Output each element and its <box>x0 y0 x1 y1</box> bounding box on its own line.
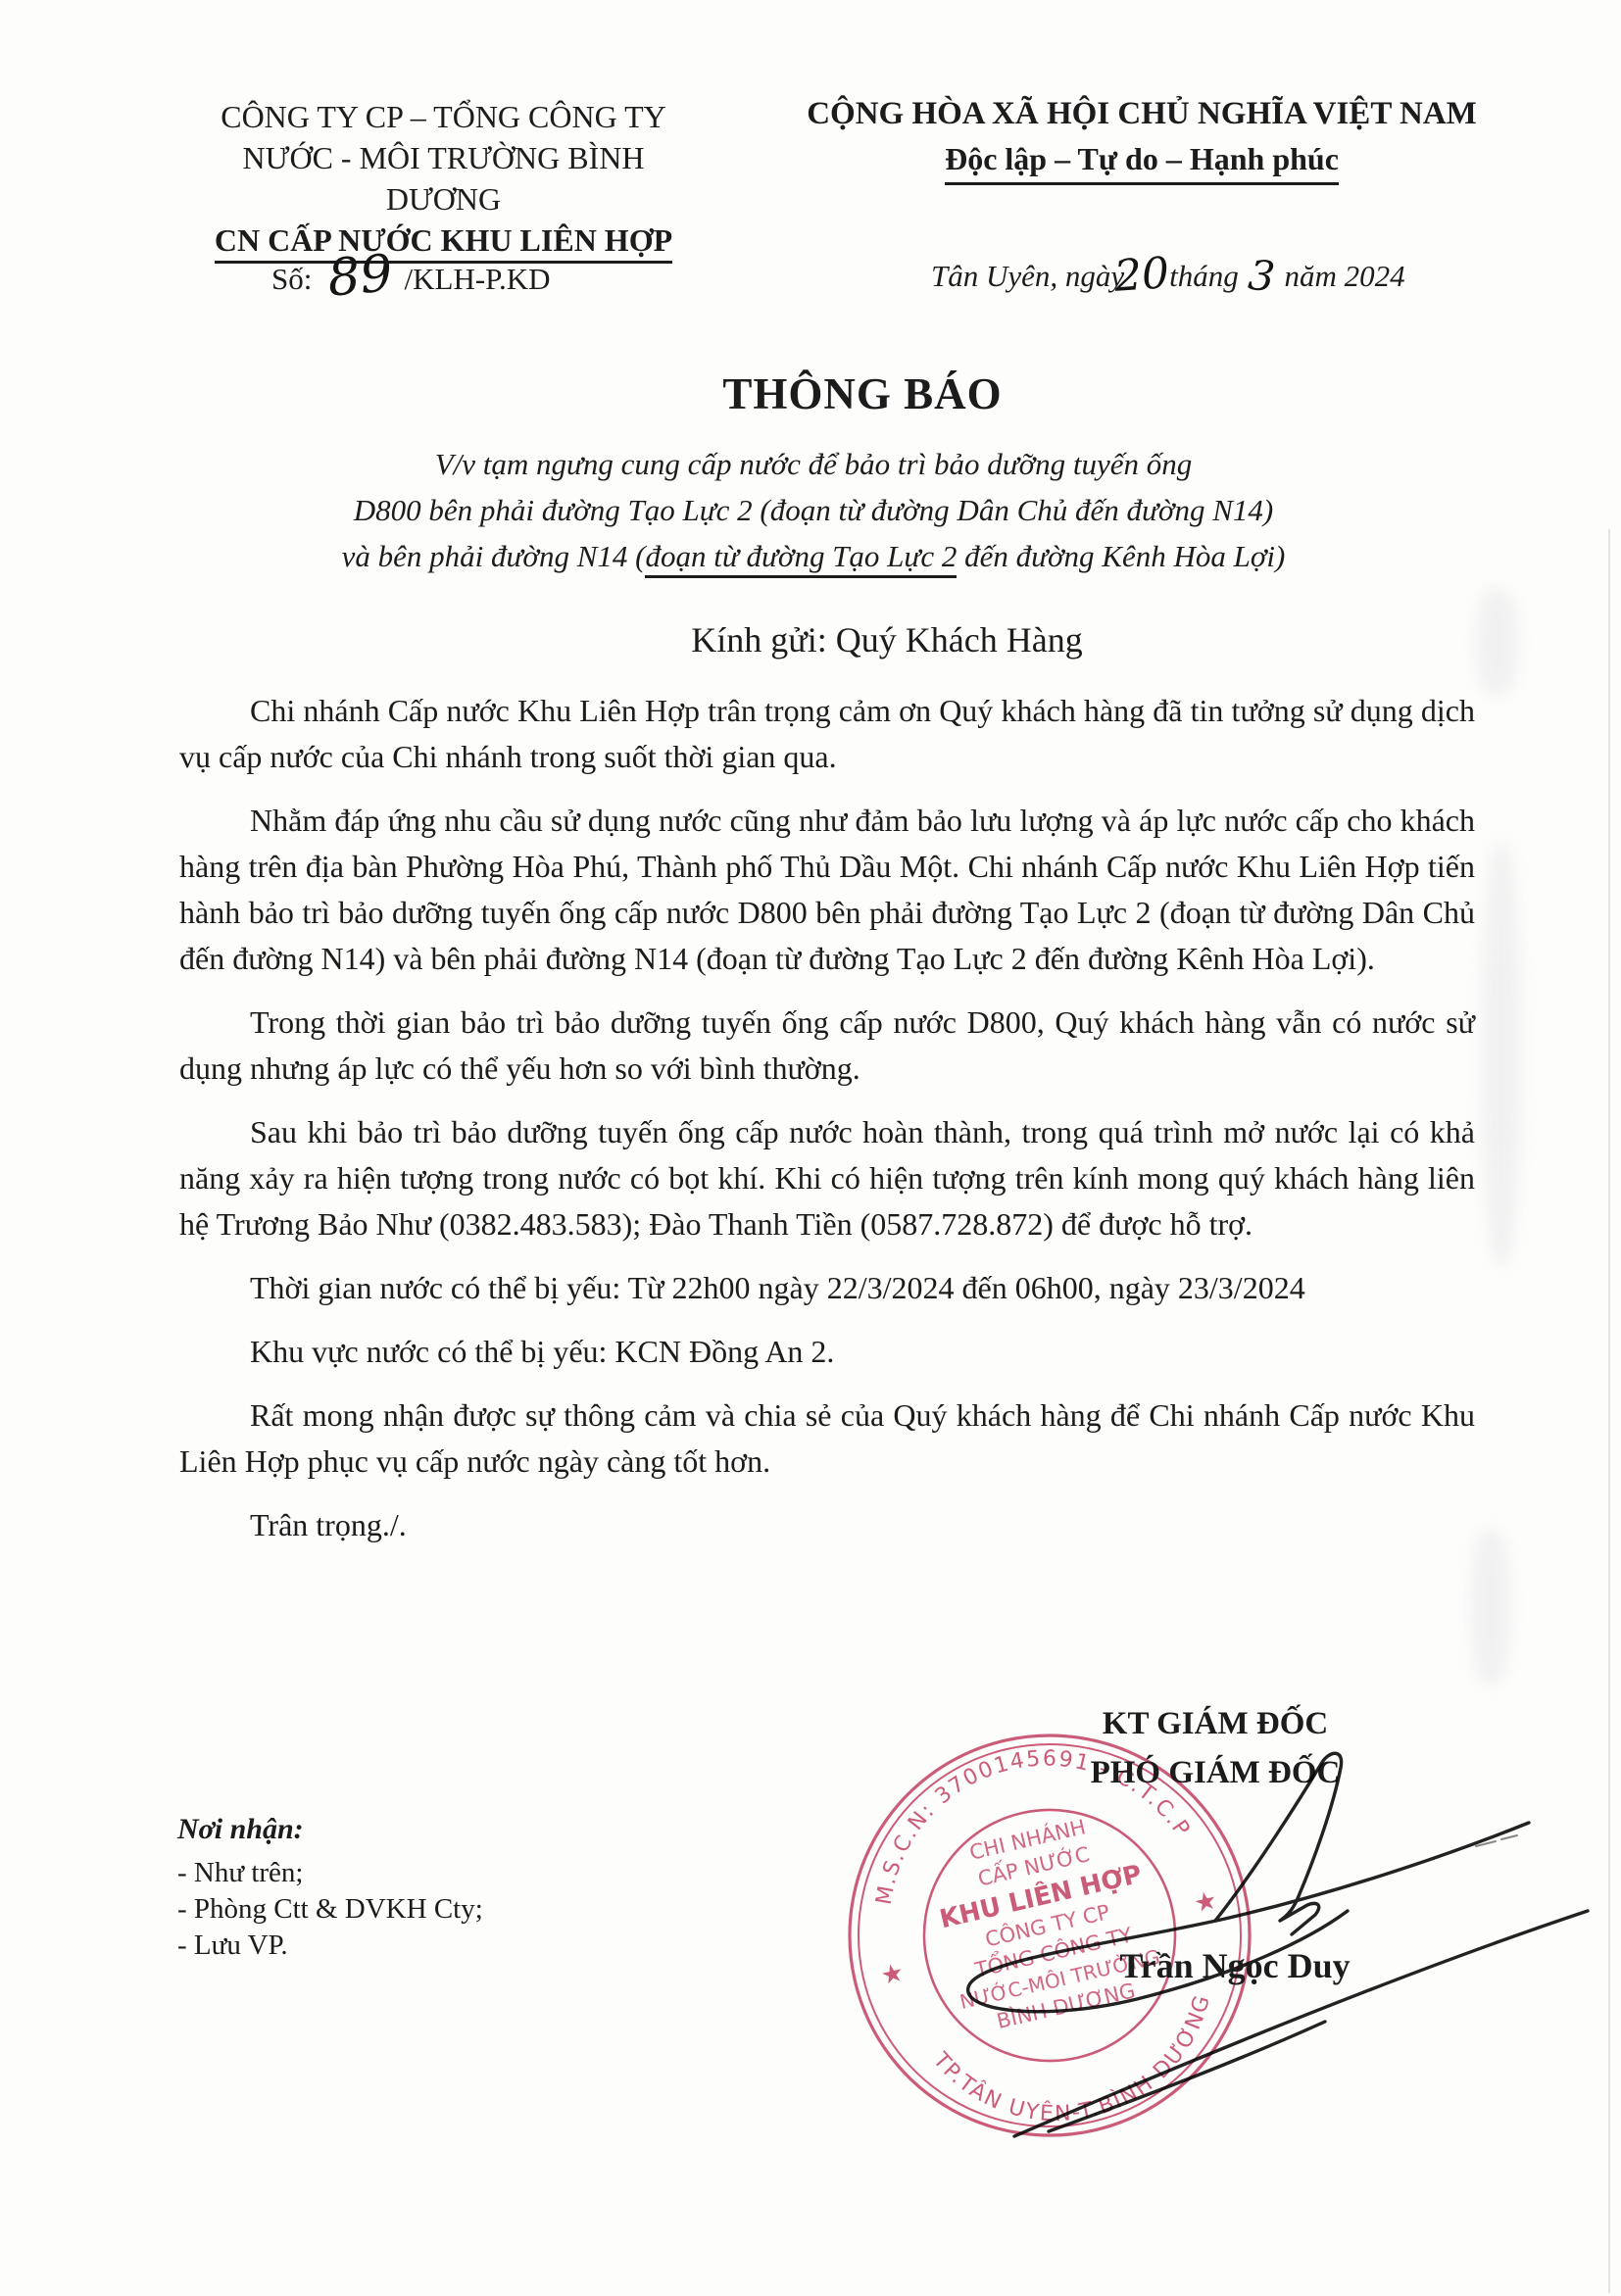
body-paragraph: Sau khi bảo trì bảo dưỡng tuyến ống cấp … <box>179 1109 1475 1247</box>
body-paragraph: Thời gian nước có thể bị yếu: Từ 22h00 n… <box>179 1265 1475 1311</box>
recipient-item: - Như trên; <box>177 1855 483 1891</box>
document-page: CÔNG TY CP – TỔNG CÔNG TY NƯỚC - MÔI TRƯ… <box>0 0 1621 2296</box>
recipient-item: - Lưu VP. <box>177 1928 483 1964</box>
subject-line-3-post: đến đường Kênh Hòa Lợi) <box>957 539 1285 573</box>
salutation: Kính gửi: Quý Khách Hàng <box>157 619 1617 660</box>
doc-number-label: Số: <box>271 262 312 296</box>
director-signature <box>902 1725 1607 2146</box>
national-title: CỘNG HÒA XÃ HỘI CHỦ NGHĨA VIỆT NAM <box>804 94 1480 133</box>
scan-artifact-line <box>1608 529 1610 2293</box>
body-paragraph: Nhằm đáp ứng nhu cầu sử dụng nước cũng n… <box>179 798 1475 982</box>
closing-paragraph: Trân trọng./. <box>179 1502 1475 1548</box>
doc-number-code: /KLH-P.KD <box>405 262 551 296</box>
document-title: THÔNG BÁO <box>108 368 1617 419</box>
subject-line-3-underlined: đoạn từ đường Tạo Lực 2 <box>645 539 957 578</box>
subject-line-1: V/v tạm ngưng cung cấp nước để bảo trì b… <box>157 441 1470 487</box>
subject-line-3-pre: và bên phải đường N14 ( <box>342 539 646 573</box>
national-header-block: CỘNG HÒA XÃ HỘI CHỦ NGHĨA VIỆT NAM Độc l… <box>804 94 1480 185</box>
doc-number-handwritten: 89 <box>325 244 395 309</box>
document-subject: V/v tạm ngưng cung cấp nước để bảo trì b… <box>157 441 1470 579</box>
subject-line-2: D800 bên phải đường Tạo Lực 2 (đoạn từ đ… <box>157 487 1470 533</box>
document-body: Chi nhánh Cấp nước Khu Liên Hợp trân trọ… <box>179 688 1475 1566</box>
scan-artifact-smudge <box>1482 843 1521 1264</box>
place-date-suffix: năm 2024 <box>1285 259 1405 293</box>
place-date-line: Tân Uyên, ngày20tháng3năm 2024 <box>931 247 1405 297</box>
org-header-block: CÔNG TY CP – TỔNG CÔNG TY NƯỚC - MÔI TRƯ… <box>181 96 706 261</box>
org-name-line-2: NƯỚC - MÔI TRƯỜNG BÌNH DƯƠNG <box>181 137 706 220</box>
place-date-mid: tháng <box>1169 259 1239 293</box>
body-paragraph: Trong thời gian bảo trì bảo dưỡng tuyến … <box>179 1000 1475 1092</box>
signature-stroke <box>1049 2022 1325 2131</box>
doc-number-line: Số:89/KLH-P.KD <box>271 243 551 302</box>
org-name-line-1: CÔNG TY CP – TỔNG CÔNG TY <box>181 96 706 137</box>
scan-artifact-smudge <box>1470 1529 1511 1685</box>
recipient-item: - Phòng Ctt & DVKH Cty; <box>177 1891 483 1928</box>
body-paragraph: Khu vực nước có thể bị yếu: KCN Đồng An … <box>179 1329 1475 1375</box>
handwritten-month: 3 <box>1246 251 1277 302</box>
body-paragraph: Chi nhánh Cấp nước Khu Liên Hợp trân trọ… <box>179 688 1475 780</box>
national-motto: Độc lập – Tự do – Hạnh phúc <box>945 141 1339 185</box>
subject-line-3: và bên phải đường N14 (đoạn từ đường Tạo… <box>157 533 1470 579</box>
place-date-prefix: Tân Uyên, ngày <box>931 259 1124 293</box>
signer-name: Trần Ngọc Duy <box>1019 1945 1450 1986</box>
handwritten-day: 20 <box>1112 248 1170 302</box>
body-paragraph: Rất mong nhận được sự thông cảm và chia … <box>179 1392 1475 1485</box>
scan-artifact-smudge <box>1475 588 1519 696</box>
recipients-block: Nơi nhận: - Như trên; - Phòng Ctt & DVKH… <box>177 1811 483 1964</box>
recipients-label: Nơi nhận: <box>177 1811 483 1847</box>
